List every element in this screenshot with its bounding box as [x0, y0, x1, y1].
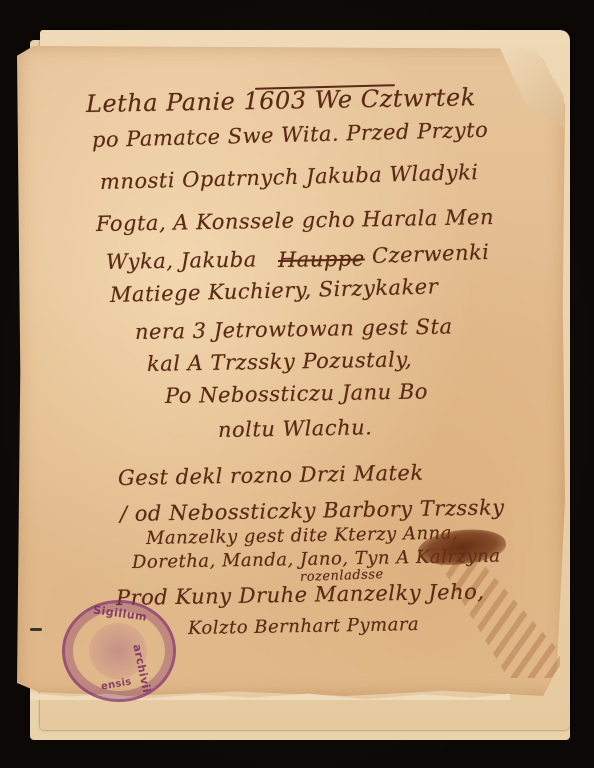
text-line: Czerwenki	[372, 240, 490, 268]
text-line: Matiege Kuchiery, Sirzykaker	[110, 274, 439, 307]
text-line: Prod Kuny Druhe Manzelky Jeho,	[116, 580, 485, 610]
text-line: kal A Trzssky Pozustaly,	[147, 347, 413, 376]
text-line: / od Nebossticzky Barbory Trzssky	[120, 495, 505, 526]
text-line: mnosti Opatrnych Jakuba Wladyki	[100, 160, 479, 194]
text-line: Gest dekl rozno Drzi Matek	[118, 461, 424, 490]
text-line: Fogta, A Konssele gcho Harala Men	[96, 205, 494, 236]
text-line: Wyka, Jakuba	[106, 247, 257, 274]
text-line: po Pamatce Swe Wita. Przed Przyto	[92, 118, 489, 152]
text-line: nera 3 Jetrowtowan gest Sta	[135, 314, 453, 344]
scanned-page: Letha Panie 1603 We Cztwrtek po Pamatce …	[0, 0, 594, 768]
text-line: Kolzto Bernhart Pymara	[188, 614, 420, 639]
text-line: Manzelky gest dite Kterzy Anna,	[146, 523, 458, 549]
seal-text: Sigillum	[92, 603, 147, 623]
margin-mark	[30, 628, 42, 631]
text-line: Po Nebossticzu Janu Bo	[165, 379, 428, 408]
seal-text: ensis	[100, 676, 132, 692]
text-line: noltu Wlachu.	[218, 415, 373, 442]
struck-word: Hauppe	[278, 246, 365, 272]
archive-seal-stamp: Sigillum archivii ensis	[62, 600, 176, 702]
text-line: Letha Panie 1603 We Cztwrtek	[86, 83, 476, 118]
